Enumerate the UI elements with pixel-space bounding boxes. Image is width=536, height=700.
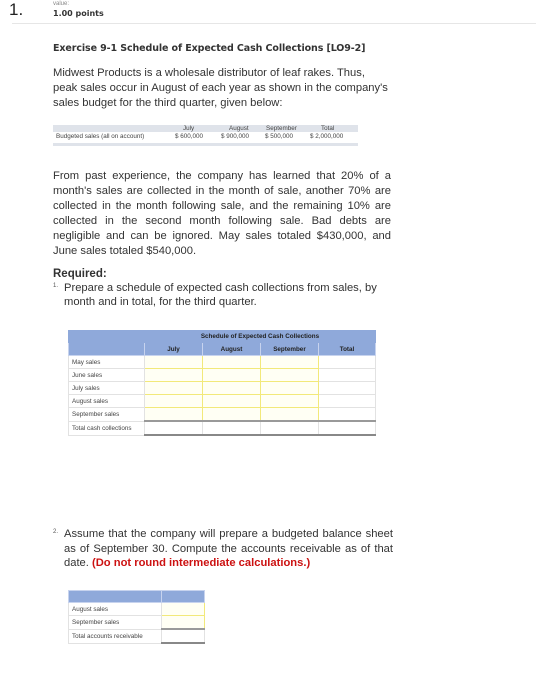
budget-total-value: $ 2,000,000 [310, 133, 343, 140]
august-august-input[interactable] [203, 395, 261, 408]
budget-july-value: $ 600,000 [175, 133, 203, 140]
row-label-july: July sales [69, 382, 145, 395]
ar-header-blank [69, 591, 162, 603]
part-1-text: Prepare a schedule of expected cash coll… [53, 281, 393, 309]
required-part-1: 1. Prepare a schedule of expected cash c… [53, 281, 393, 309]
august-july-input[interactable] [145, 395, 203, 408]
value-label: value: [53, 1, 69, 7]
schedule-title: Schedule of Expected Cash Collections [145, 331, 376, 343]
june-september-input[interactable] [261, 369, 319, 382]
september-total-cell [319, 408, 376, 422]
ar-header-row [69, 591, 205, 603]
total-total-cell [319, 421, 376, 435]
july-total-cell [319, 382, 376, 395]
total-september-cell [261, 421, 319, 435]
question-number: 1. [9, 0, 23, 20]
ar-august-input[interactable] [162, 603, 205, 616]
schedule-header-row: July August September Total [69, 343, 376, 356]
ar-label-september: September sales [69, 616, 162, 630]
accounts-receivable-table: August sales September sales Total accou… [68, 590, 205, 644]
budget-header-band: July August September Total [53, 125, 358, 132]
budget-col-august: August [229, 125, 249, 132]
exercise-title: Exercise 9-1 Schedule of Expected Cash C… [53, 43, 365, 54]
rounding-note: (Do not round intermediate calculations.… [92, 557, 310, 569]
total-july-cell [145, 421, 203, 435]
table-row: June sales [69, 369, 376, 382]
row-label-august: August sales [69, 395, 145, 408]
budget-bottom-band [53, 143, 358, 146]
table-row: August sales [69, 603, 205, 616]
may-august-input[interactable] [203, 356, 261, 369]
ar-label-august: August sales [69, 603, 162, 616]
header-divider [12, 23, 536, 24]
total-row: Total cash collections [69, 421, 376, 435]
table-row: July sales [69, 382, 376, 395]
required-part-2: 2. Assume that the company will prepare … [53, 527, 393, 571]
budget-col-september: September [266, 125, 297, 132]
ar-september-input[interactable] [162, 616, 205, 630]
may-total-cell [319, 356, 376, 369]
september-july-input[interactable] [145, 408, 203, 422]
experience-paragraph: From past experience, the company has le… [53, 169, 391, 259]
col-total: Total [319, 343, 376, 356]
august-total-cell [319, 395, 376, 408]
schedule-header-blank [69, 343, 145, 356]
col-august: August [203, 343, 261, 356]
schedule-title-row: Schedule of Expected Cash Collections [69, 331, 376, 343]
col-september: September [261, 343, 319, 356]
table-row: August sales [69, 395, 376, 408]
part-1-number: 1. [53, 279, 58, 293]
table-row: September sales [69, 408, 376, 422]
august-september-input[interactable] [261, 395, 319, 408]
total-august-cell [203, 421, 261, 435]
budget-row: Budgeted sales (all on account) $ 600,00… [53, 132, 358, 142]
july-september-input[interactable] [261, 382, 319, 395]
ar-total-row: Total accounts receivable [69, 629, 205, 643]
budget-col-total: Total [321, 125, 334, 132]
july-august-input[interactable] [203, 382, 261, 395]
schedule-title-blank [69, 331, 145, 343]
points-label: 1.00 points [53, 9, 104, 18]
cash-collections-schedule: Schedule of Expected Cash Collections Ju… [68, 330, 376, 436]
intro-paragraph: Midwest Products is a wholesale distribu… [53, 66, 391, 111]
table-row: May sales [69, 356, 376, 369]
budget-col-july: July [183, 125, 194, 132]
budget-august-value: $ 900,000 [221, 133, 249, 140]
may-september-input[interactable] [261, 356, 319, 369]
june-july-input[interactable] [145, 369, 203, 382]
row-label-june: June sales [69, 369, 145, 382]
part-2-text: Assume that the company will prepare a b… [53, 527, 393, 571]
budgeted-sales-table: July August September Total Budgeted sal… [53, 125, 358, 146]
ar-total-cell [162, 629, 205, 643]
col-july: July [145, 343, 203, 356]
may-july-input[interactable] [145, 356, 203, 369]
september-august-input[interactable] [203, 408, 261, 422]
row-label-september: September sales [69, 408, 145, 422]
june-total-cell [319, 369, 376, 382]
row-label-may: May sales [69, 356, 145, 369]
budget-row-label: Budgeted sales (all on account) [56, 133, 144, 140]
september-september-input[interactable] [261, 408, 319, 422]
june-august-input[interactable] [203, 369, 261, 382]
required-heading: Required: [53, 268, 107, 280]
table-row: September sales [69, 616, 205, 630]
july-july-input[interactable] [145, 382, 203, 395]
part-2-number: 2. [53, 525, 58, 540]
ar-label-total: Total accounts receivable [69, 629, 162, 643]
ar-header-value [162, 591, 205, 603]
row-label-total: Total cash collections [69, 421, 145, 435]
budget-september-value: $ 500,000 [265, 133, 293, 140]
